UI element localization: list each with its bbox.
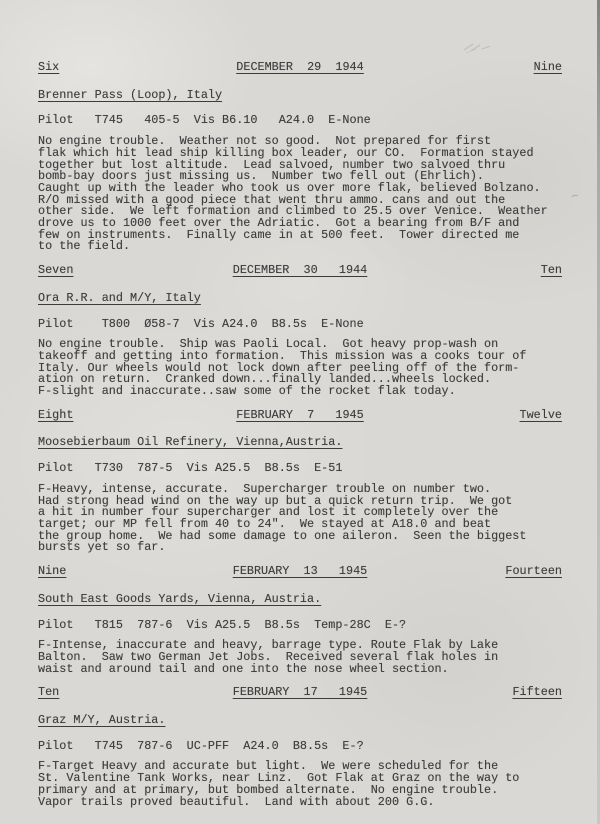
mission-narrative: No engine trouble. Ship was Paoli Local.… <box>38 339 562 398</box>
sortie-number: Fourteen <box>505 566 562 578</box>
entry-header: Nine FEBRUARY 13 1945 Fourteen <box>38 566 562 578</box>
pilot-data-line: Pilot T800 Ø58-7 Vis A24.0 B8.5s E-None <box>38 319 562 331</box>
page-content: Six DECEMBER 29 1944 Nine Brenner Pass (… <box>38 62 562 808</box>
entry-header: Seven DECEMBER 30 1944 Ten <box>38 265 562 277</box>
margin-pencil-tick <box>571 193 579 199</box>
mission-number: Nine <box>38 566 66 578</box>
mission-number: Eight <box>38 410 73 422</box>
mission-entry: Nine FEBRUARY 13 1945 Fourteen South Eas… <box>38 566 562 675</box>
pilot-data-line: Pilot T815 787-6 Vis A25.5 B8.5s Temp-28… <box>38 620 562 632</box>
target-text: Moosebierbaum Oil Refinery, Vienna,Austr… <box>38 435 342 449</box>
mission-date: DECEMBER 30 1944 <box>233 265 368 277</box>
mission-entry: Ten FEBRUARY 17 1945 Fifteen Graz M/Y, A… <box>38 687 562 808</box>
mission-narrative: F-Intense, inaccurate and heavy, barrage… <box>38 640 562 675</box>
mission-narrative: No engine trouble. Weather not so good. … <box>38 136 562 253</box>
sortie-number: Twelve <box>520 410 562 422</box>
target-location: Moosebierbaum Oil Refinery, Vienna,Austr… <box>38 437 562 449</box>
mission-date: DECEMBER 29 1944 <box>236 62 363 74</box>
mission-date: FEBRUARY 7 1945 <box>236 410 363 422</box>
target-location: South East Goods Yards, Vienna, Austria. <box>38 594 562 606</box>
target-text: Brenner Pass (Loop), Italy <box>38 88 222 102</box>
paper-background: Six DECEMBER 29 1944 Nine Brenner Pass (… <box>0 0 600 824</box>
target-text: South East Goods Yards, Vienna, Austria. <box>38 592 321 606</box>
mission-number: Seven <box>38 265 73 277</box>
mission-entry: Seven DECEMBER 30 1944 Ten Ora R.R. and … <box>38 265 562 398</box>
mission-date: FEBRUARY 13 1945 <box>233 566 368 578</box>
target-location: Brenner Pass (Loop), Italy <box>38 90 562 102</box>
pilot-data-line: Pilot T745 405-5 Vis B6.10 A24.0 E-None <box>38 115 562 127</box>
pencil-smudge-mark <box>460 36 506 58</box>
sortie-number: Fifteen <box>512 687 562 699</box>
mission-entry: Six DECEMBER 29 1944 Nine Brenner Pass (… <box>38 62 562 253</box>
entry-header: Eight FEBRUARY 7 1945 Twelve <box>38 410 562 422</box>
mission-entry: Eight FEBRUARY 7 1945 Twelve Moosebierba… <box>38 410 562 554</box>
target-location: Ora R.R. and M/Y, Italy <box>38 293 562 305</box>
pilot-data-line: Pilot T730 787-5 Vis A25.5 B8.5s E-51 <box>38 463 562 475</box>
mission-narrative: F-Heavy, intense, accurate. Supercharger… <box>38 484 562 554</box>
mission-number: Six <box>38 62 59 74</box>
target-text: Ora R.R. and M/Y, Italy <box>38 291 201 305</box>
mission-narrative: F-Target Heavy and accurate but light. W… <box>38 761 562 808</box>
pilot-data-line: Pilot T745 787-6 UC-PFF A24.0 B8.5s E-? <box>38 741 562 753</box>
target-location: Graz M/Y, Austria. <box>38 715 562 727</box>
target-text: Graz M/Y, Austria. <box>38 713 165 727</box>
entry-header: Six DECEMBER 29 1944 Nine <box>38 62 562 74</box>
mission-date: FEBRUARY 17 1945 <box>233 687 368 699</box>
sortie-number: Ten <box>541 265 562 277</box>
sortie-number: Nine <box>534 62 562 74</box>
mission-number: Ten <box>38 687 59 699</box>
entry-header: Ten FEBRUARY 17 1945 Fifteen <box>38 687 562 699</box>
